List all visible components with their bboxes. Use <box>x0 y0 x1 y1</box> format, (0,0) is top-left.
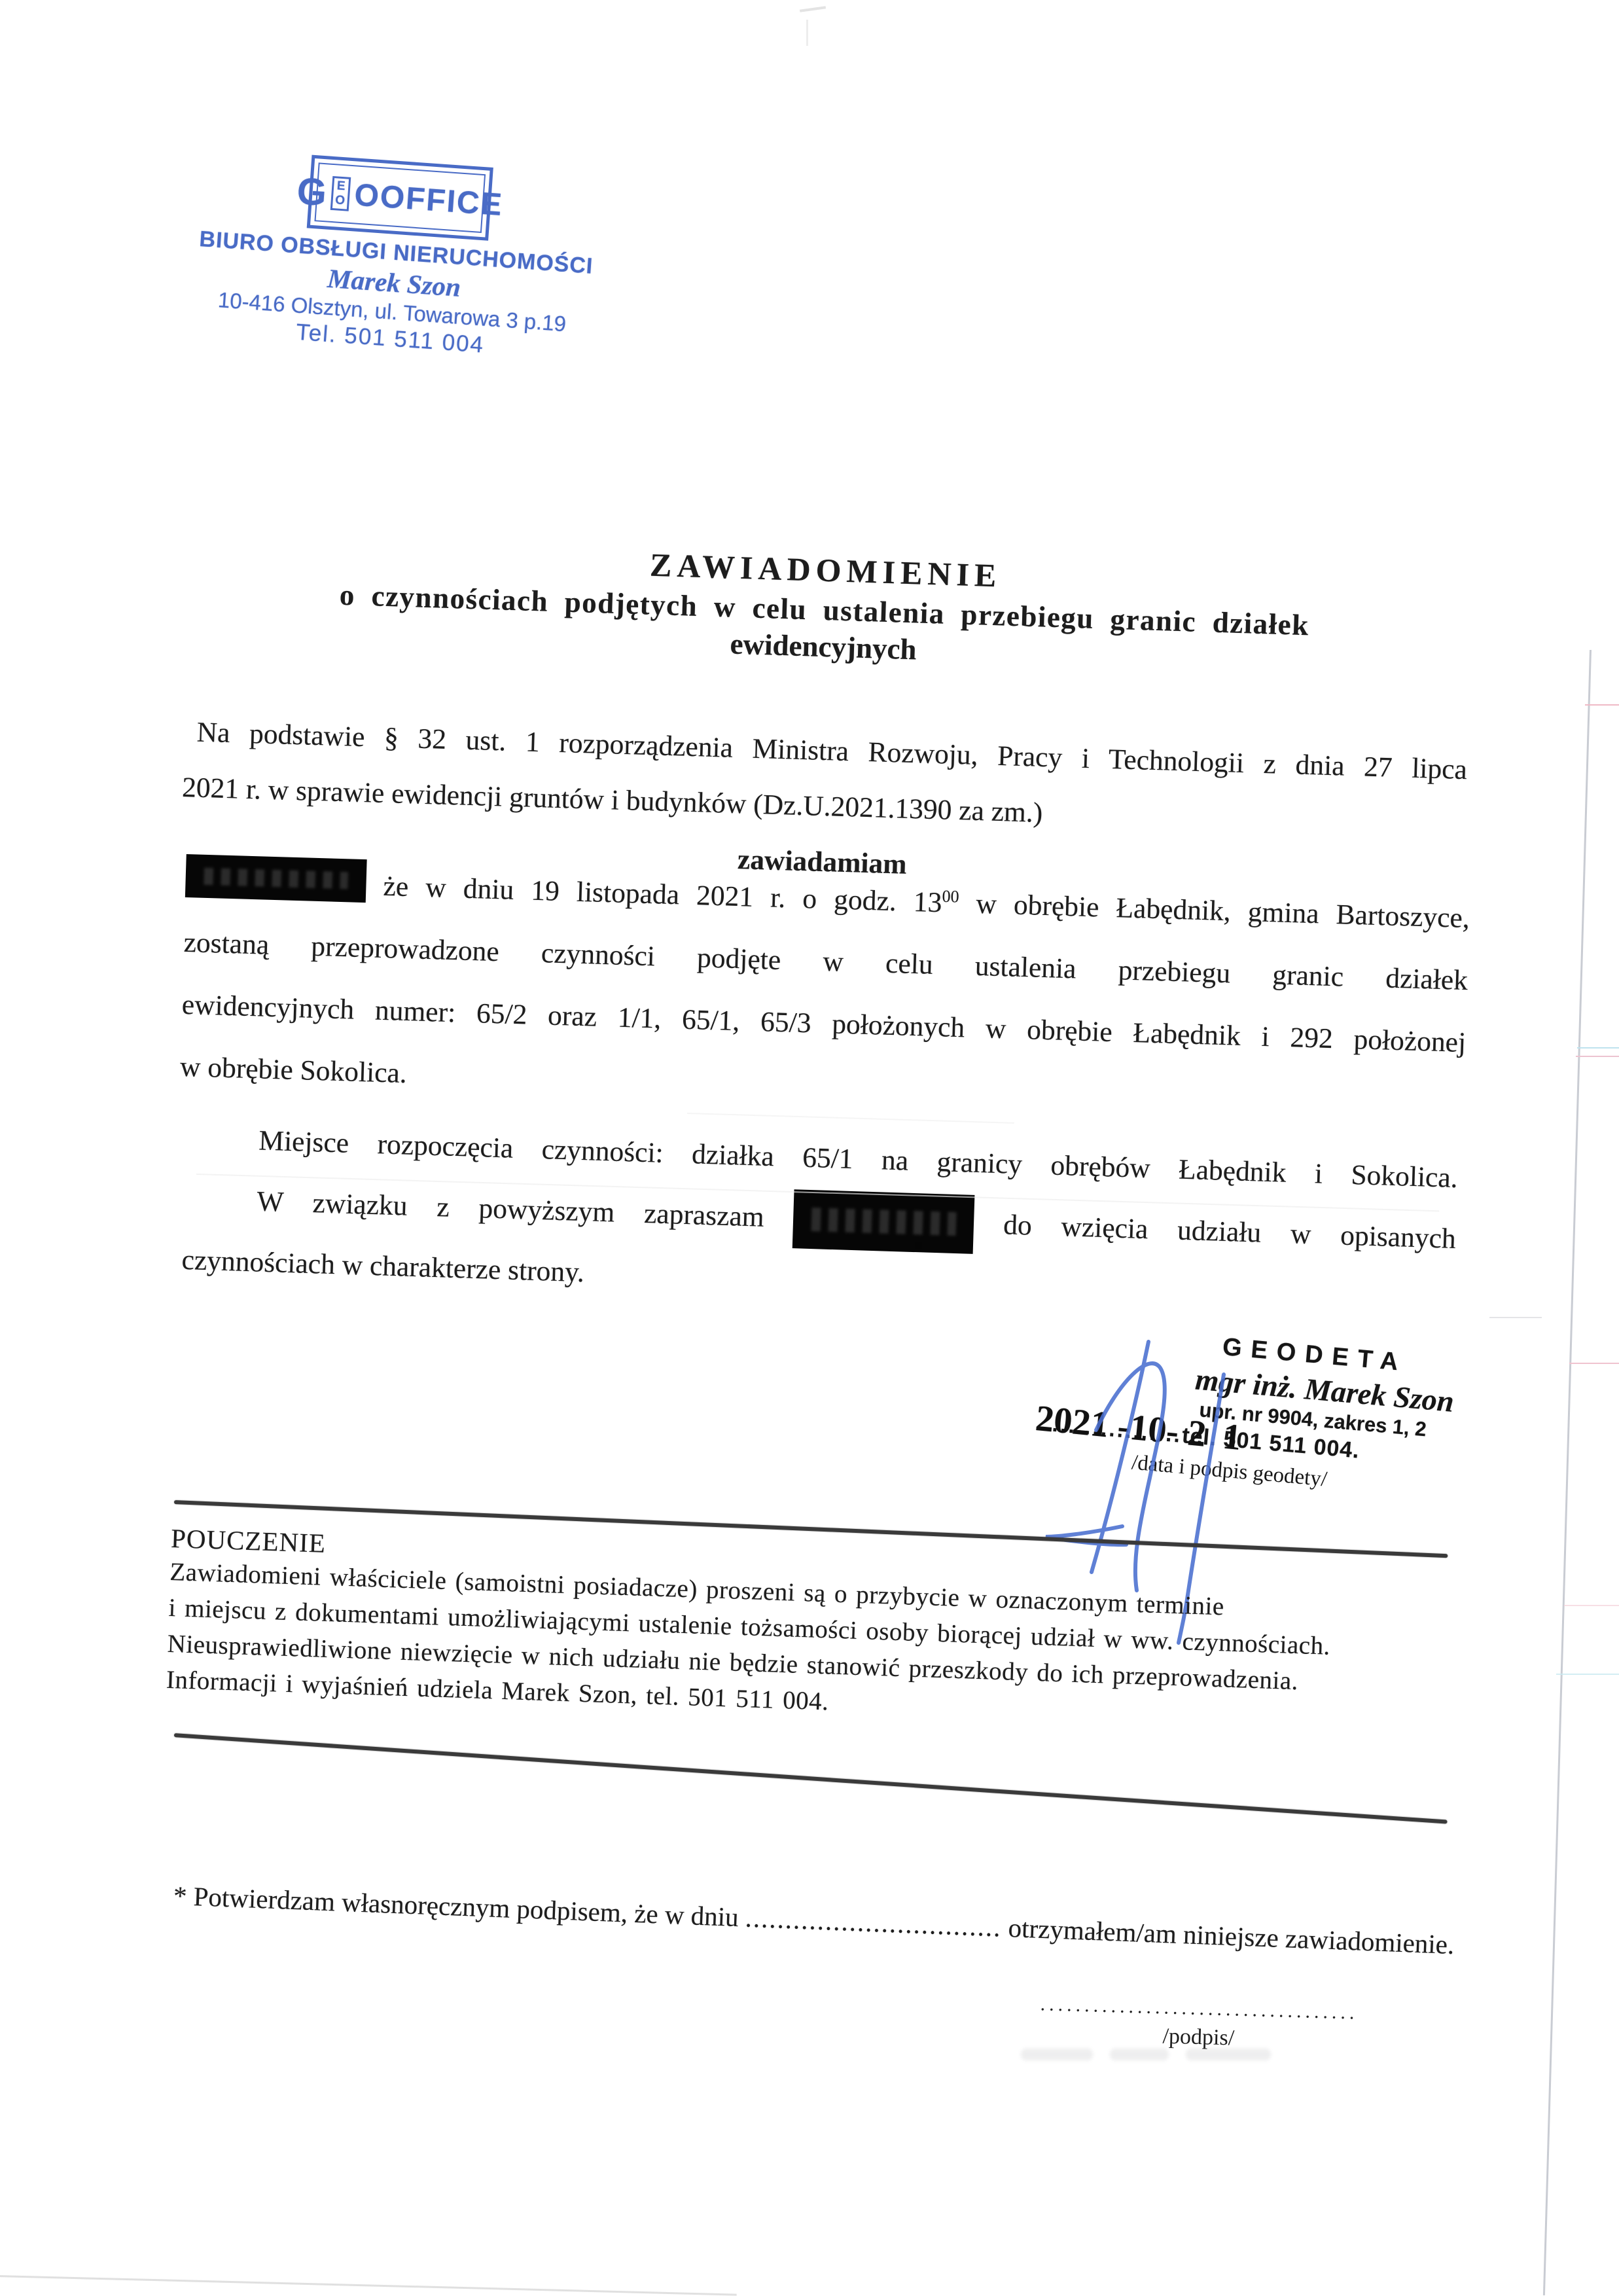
recipient-signature-dotted-line: .................................... <box>1035 1993 1363 2024</box>
scan-page-bottom-edge <box>0 2275 737 2296</box>
bleed-through-ghost-text <box>1021 2049 1348 2060</box>
redaction-box-invitee <box>792 1189 975 1254</box>
scanner-artifact-line <box>1576 1056 1619 1057</box>
confirmation-text-post: otrzymałem/am niniejsze zawiadomienie. <box>1001 1912 1455 1960</box>
logo-eo-stack: E O <box>330 176 351 211</box>
scanner-artifact-line <box>1577 1047 1619 1049</box>
redaction-smudge <box>204 868 348 889</box>
notification-paragraph: że w dniu 19 listopada 2021 r. o godz. 1… <box>179 850 1470 1136</box>
logo-stack-e: E <box>336 179 346 194</box>
scanned-document-page: G E O OOFFICE BIURO OBSŁUGI NIERUCHOMOŚC… <box>0 0 1619 2296</box>
confirmation-text-pre: * Potwierdzam własnoręcznym podpisem, że… <box>173 1880 746 1933</box>
ghost-blob <box>1110 2049 1169 2060</box>
ghost-blob <box>1186 2049 1271 2060</box>
notification-line-1-text-b: w obrębie Łabędnik, gmina Bartoszyce, <box>959 888 1470 934</box>
stray-ink-dot <box>915 1242 922 1249</box>
separator-line-2 <box>174 1733 1448 1824</box>
scan-page-right-edge <box>1543 650 1592 2295</box>
logo-office-text: OOFFICE <box>353 177 505 223</box>
scanner-artifact-line <box>1564 1605 1619 1606</box>
scan-smudge <box>806 20 808 46</box>
redaction-smudge-2 <box>811 1208 957 1236</box>
geooffice-logo-inner: G E O OOFFICE <box>314 162 486 233</box>
notification-line-1-text: że w dniu 19 listopada 2021 r. o godz. 1… <box>383 870 942 918</box>
geooffice-logo: G E O OOFFICE <box>307 155 493 241</box>
invitation-text-a: W związku z powyższym zapraszam <box>257 1185 765 1232</box>
scanner-artifact-line <box>1569 1363 1619 1364</box>
scanner-artifact-line <box>1585 704 1619 706</box>
document-title: ZAWIADOMIENIE o czynnościach podjętych w… <box>182 531 1467 683</box>
scanner-artifact-line <box>1489 1317 1542 1318</box>
redaction-box-addressee <box>185 854 367 903</box>
ghost-blob <box>1021 2049 1093 2060</box>
confirmation-dotted-blank: ................................ <box>745 1903 1002 1943</box>
recipient-signature-area: .................................... /po… <box>1035 1993 1363 2054</box>
scan-smudge <box>800 6 826 12</box>
meeting-paragraphs: Miejsce rozpoczęcia czynności: działka 6… <box>181 1108 1459 1331</box>
hour-superscript: 00 <box>942 887 959 906</box>
logo-stack-o: O <box>334 193 345 208</box>
scanner-artifact-line <box>1556 1674 1619 1675</box>
office-rubber-stamp: G E O OOFFICE BIURO OBSŁUGI NIERUCHOMOŚC… <box>181 147 612 367</box>
receipt-confirmation-line: * Potwierdzam własnoręcznym podpisem, że… <box>173 1880 1455 1960</box>
logo-letter-g: G <box>296 169 329 215</box>
invitation-text-b: do wzięcia udziału w opisanych <box>1003 1209 1457 1255</box>
